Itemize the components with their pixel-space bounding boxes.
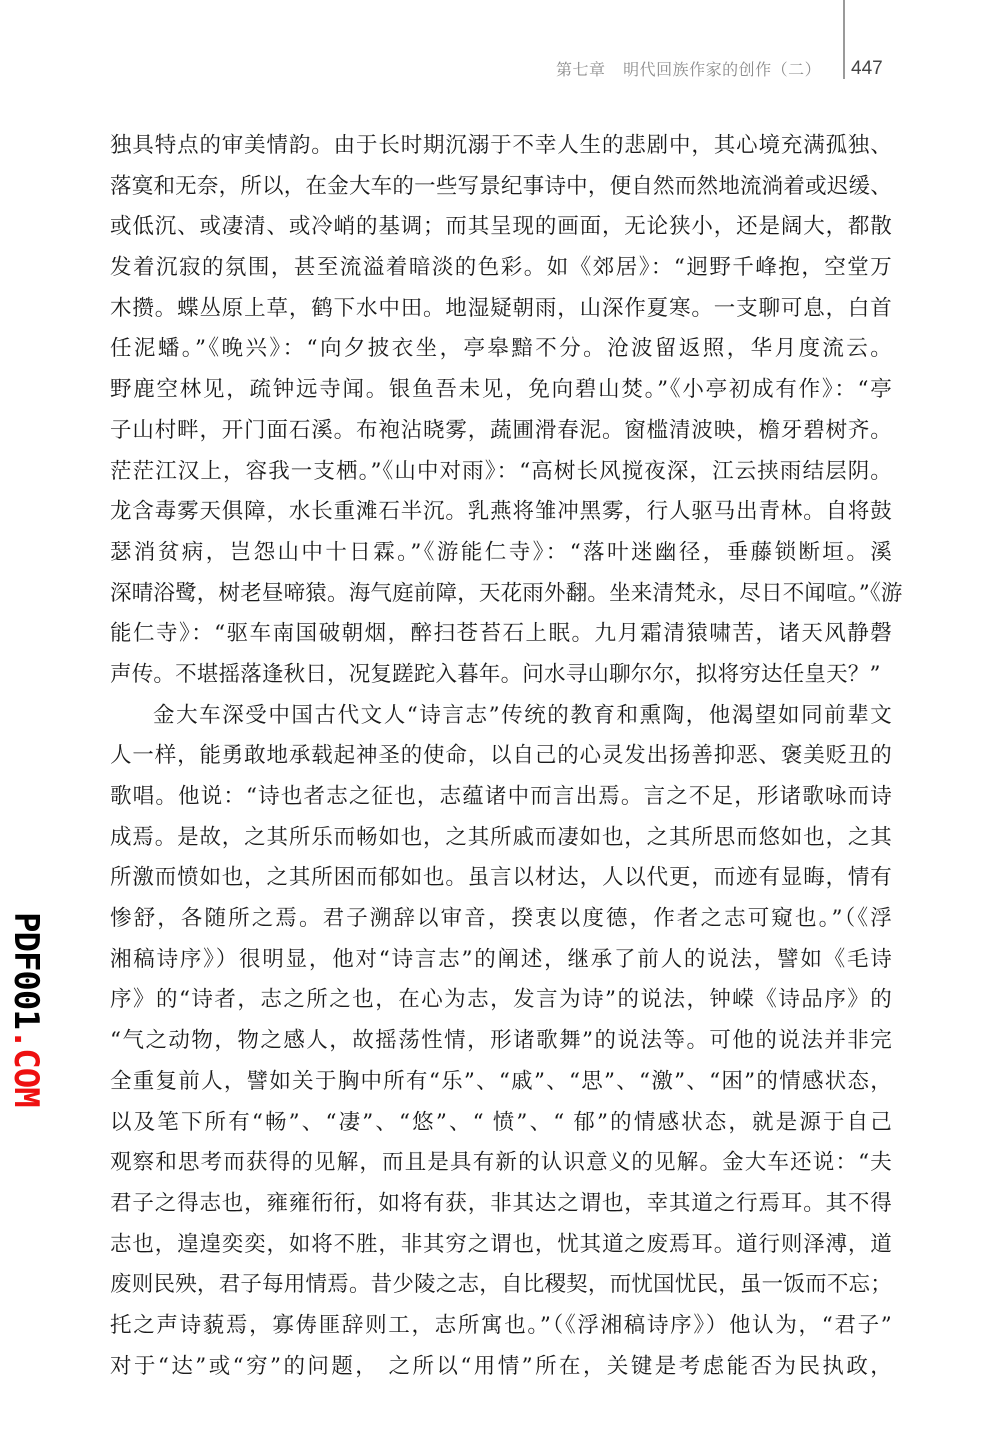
text-line-paragraph-end: 声传。不堪摇落逢秋日，况复蹉跎入暮年。问水寻山聊尔尔，拟将穷达任皇天？” — [110, 655, 892, 696]
text-line: 君子之得志也，雍雍衎衎，如将有获，非其达之谓也，幸其道之行焉耳。其不得 — [110, 1184, 892, 1225]
text-line: 独具特点的审美情韵。由于长时期沉溺于不幸人生的悲剧中，其心境充满孤独、 — [110, 126, 892, 167]
text-line: 或低沉、或凄清、或冷峭的基调；而其呈现的画面，无论狭小，还是阔大，都散 — [110, 207, 892, 248]
text-line: 茫茫江汉上，容我一支栖。”《山中对雨》：“高树长风搅夜深，江云挟雨结层阴。 — [110, 452, 892, 493]
text-line: 观察和思考而获得的见解，而且是具有新的认识意义的见解。金大车还说：“夫 — [110, 1143, 892, 1184]
text-line: 所激而愤如也，之其所困而郁如也。虽言以材达，人以代更，而迹有显晦，情有 — [110, 858, 892, 899]
text-line: 瑟消贫病，岂怨山中十日霖。”《游能仁寺》：“落叶迷幽径，垂藤锁断垣。溪 — [110, 533, 892, 574]
chapter-number: 第七章 — [556, 60, 606, 79]
text-line: 废则民殃，君子每用情焉。昔少陵之志，自比稷契，而忧国忧民，虽一饭而不忘； — [110, 1265, 892, 1306]
text-line: 野鹿空林见，疏钟远寺闻。银鱼吾未见，免向碧山焚。”《小亭初成有作》：“亭 — [110, 370, 892, 411]
text-line: 湘稿诗序》）很明显，他对“诗言志”的阐述，继承了前人的说法，譬如《毛诗 — [110, 940, 892, 981]
text-line: 惨舒，各随所之焉。君子溯辞以审音，揆衷以度德，作者之志可窥也。”（《浮 — [110, 899, 892, 940]
text-line: 托之声诗藐焉，寡俦匪辞则工，志所寓也。”（《浮湘稿诗序》）他认为，“君子” — [110, 1306, 892, 1347]
running-head: 第七章 明代回族作家的创作（二） — [556, 57, 821, 80]
header-divider-rule — [843, 0, 845, 79]
text-line: 人一样，能勇敢地承载起神圣的使命，以自己的心灵发出扬善抑恶、褒美贬丑的 — [110, 736, 892, 777]
text-line: 发着沉寂的氛围，甚至流溢着暗淡的色彩。如《郊居》：“迥野千峰抱，空堂万 — [110, 248, 892, 289]
text-line: 全重复前人，譬如关于胸中所有“乐”、“戚”、“思”、“激”、“困”的情感状态， — [110, 1062, 892, 1103]
text-line: 木攒。蝶丛原上草，鹤下水中田。地湿疑朝雨，山深作夏寒。一支聊可息，白首 — [110, 289, 892, 330]
text-line-paragraph-start: 金大车深受中国古代文人“诗言志”传统的教育和熏陶，他渴望如同前辈文 — [110, 696, 892, 737]
text-line: 志也，遑遑奕奕，如将不胜，非其穷之谓也，忧其道之废焉耳。道行则泽溥，道 — [110, 1225, 892, 1266]
watermark-text-domain: .COM — [6, 1029, 46, 1107]
watermark-text-main: PDF001 — [6, 912, 46, 1029]
text-line: 成焉。是故，之其所乐而畅如也，之其所戚而凄如也，之其所思而悠如也，之其 — [110, 818, 892, 859]
text-line: 以及笔下所有“畅”、“凄”、“悠”、“ 愤”、“ 郁”的情感状态，就是源于自己 — [110, 1103, 892, 1144]
text-line: 能仁寺》：“驱车南国破朝烟，醉扫苍苔石上眠。九月霜清猿啸苦，诸天风静磬 — [110, 614, 892, 655]
text-line: 子山村畔，开门面石溪。布袍沾晓雾，蔬圃滑春泥。窗槛清波映，檐牙碧树齐。 — [110, 411, 892, 452]
body-text: 独具特点的审美情韵。由于长时期沉溺于不幸人生的悲剧中，其心境充满孤独、 落寞和无… — [110, 126, 892, 1387]
chapter-title: 明代回族作家的创作（二） — [623, 60, 821, 79]
text-line: 深晴浴鹭，树老昼啼猿。海气庭前障，天花雨外翻。坐来清梵永，尽日不闻喧。”《游 — [110, 574, 892, 615]
text-line: 对于“达”或“穷”的问题， 之所以“用情”所在，关键是考虑能否为民执政， — [110, 1347, 892, 1388]
text-line: 序》的“诗者，志之所之也，在心为志，发言为诗”的说法，钟嵘《诗品序》的 — [110, 980, 892, 1021]
text-line: 龙含毒雾天俱障，水长重滩石半沉。乳燕将雏冲黑雾，行人驱马出青林。自将鼓 — [110, 492, 892, 533]
text-line: 任泥蟠。”《晚兴》：“向夕披衣坐，亭皋黯不分。沧波留返照，华月度流云。 — [110, 329, 892, 370]
text-line: “气之动物，物之感人，故摇荡性情，形诸歌舞”的说法等。可他的说法并非完 — [110, 1021, 892, 1062]
watermark: PDF001.COM — [2, 912, 46, 1102]
page-number: 447 — [851, 58, 883, 80]
text-line: 落寞和无奈，所以，在金大车的一些写景纪事诗中，便自然而然地流淌着或迟缓、 — [110, 167, 892, 208]
text-line: 歌唱。他说：“诗也者志之征也，志蕴诸中而言出焉。言之不足，形诸歌咏而诗 — [110, 777, 892, 818]
